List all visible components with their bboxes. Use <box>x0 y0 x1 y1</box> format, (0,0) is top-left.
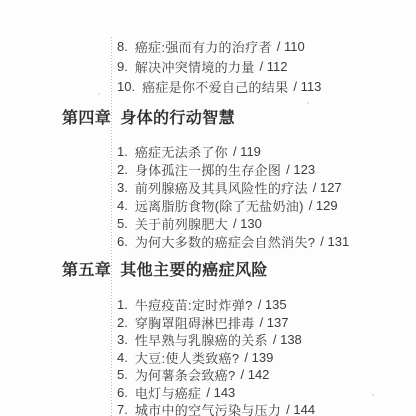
item-title: 为何薯条会致癌? <box>135 365 236 384</box>
toc-item: 7.城市中的空气污染与压力/ 144 <box>117 401 315 416</box>
item-number: 1. <box>117 297 128 312</box>
toc-item: 1.牛痘疫苗:定时炸弹?/ 135 <box>117 296 315 314</box>
item-number: 5. <box>117 216 128 231</box>
item-page: / 130 <box>233 216 262 231</box>
chapter-5-title: 其他主要的癌症风险 <box>120 262 268 279</box>
item-page: / 123 <box>286 162 315 177</box>
item-title: 为何大多数的癌症会自然消失? <box>135 232 315 251</box>
toc-item: 8.癌症:强而有力的治疗者/ 110 <box>117 36 321 56</box>
item-title: 牛痘疫苗:定时炸弹? <box>135 295 253 314</box>
chapter-4-item-list: 1.癌症无法杀了你/ 1192.身体孤注一掷的生存企图/ 1233.前列腺癌及其… <box>117 142 349 250</box>
item-page: / 131 <box>320 234 349 249</box>
item-number: 9. <box>117 59 128 74</box>
item-title: 大豆:使人类致癌? <box>135 348 240 367</box>
toc-item: 5.关于前列腺肥大/ 130 <box>117 214 349 232</box>
item-number: 3. <box>117 180 128 195</box>
toc-item: 4.远离脂肪食物(除了无盐奶油)/ 129 <box>117 196 349 214</box>
item-title: 电灯与癌症 <box>135 383 202 402</box>
chapter-4-heading: 第四章身体的行动智慧 <box>62 110 235 128</box>
chapter-5-item-list: 1.牛痘疫苗:定时炸弹?/ 1352.穿胸罩阻碍淋巴排毒/ 1373.性早熟与乳… <box>117 296 315 416</box>
toc-item: 10.癌症是你不爱自己的结果/ 113 <box>117 76 321 96</box>
item-title: 性早熟与乳腺癌的关系 <box>135 330 268 349</box>
scan-speck <box>307 102 309 104</box>
toc-item: 4.大豆:使人类致癌?/ 139 <box>117 349 315 367</box>
item-number: 2. <box>117 315 128 330</box>
item-page: / 129 <box>309 198 338 213</box>
item-number: 1. <box>117 144 128 159</box>
item-title: 关于前列腺肥大 <box>135 214 228 233</box>
item-page: / 119 <box>233 144 261 159</box>
item-number: 6. <box>117 234 128 249</box>
toc-item: 2.身体孤注一掷的生存企图/ 123 <box>117 160 349 178</box>
toc-item: 6.电灯与癌症/ 143 <box>117 384 315 402</box>
item-number: 3. <box>117 332 128 347</box>
item-page: / 112 <box>260 59 288 74</box>
toc-item: 3.性早熟与乳腺癌的关系/ 138 <box>117 331 315 349</box>
item-title: 癌症无法杀了你 <box>135 142 228 161</box>
item-number: 2. <box>117 162 128 177</box>
item-title: 穿胸罩阻碍淋巴排毒 <box>135 313 255 332</box>
item-page: / 135 <box>258 297 287 312</box>
item-number: 6. <box>117 385 128 400</box>
item-title: 癌症是你不爱自己的结果 <box>142 77 288 96</box>
item-page: / 142 <box>240 367 269 382</box>
toc-item: 1.癌症无法杀了你/ 119 <box>117 142 349 160</box>
item-title: 癌症:强而有力的治疗者 <box>135 37 272 56</box>
item-page: / 139 <box>244 350 273 365</box>
item-title: 身体孤注一掷的生存企图 <box>135 160 281 179</box>
item-title: 解决冲突情境的力量 <box>135 57 255 76</box>
item-page: / 113 <box>293 79 321 94</box>
toc-continued-list: 8.癌症:强而有力的治疗者/ 1109.解决冲突情境的力量/ 11210.癌症是… <box>117 36 321 96</box>
item-page: / 137 <box>260 315 289 330</box>
item-number: 4. <box>117 198 128 213</box>
item-number: 8. <box>117 39 128 54</box>
item-number: 10. <box>117 79 135 94</box>
item-page: / 110 <box>277 39 305 54</box>
item-title: 前列腺癌及其具风险性的疗法 <box>135 178 308 197</box>
dotted-divider-line <box>111 37 112 416</box>
scan-speck <box>98 93 100 95</box>
scan-speck <box>372 394 374 396</box>
chapter-4-label: 第四章 <box>62 110 111 127</box>
item-number: 7. <box>117 402 128 416</box>
item-title: 城市中的空气污染与压力 <box>135 400 281 416</box>
chapter-5-label: 第五章 <box>62 262 111 279</box>
item-page: / 144 <box>286 402 315 416</box>
item-number: 4. <box>117 350 128 365</box>
toc-item: 3.前列腺癌及其具风险性的疗法/ 127 <box>117 178 349 196</box>
chapter-4-title: 身体的行动智慧 <box>120 110 235 127</box>
item-title: 远离脂肪食物(除了无盐奶油) <box>135 196 304 215</box>
chapter-5-heading: 第五章其他主要的癌症风险 <box>62 262 268 280</box>
toc-item: 9.解决冲突情境的力量/ 112 <box>117 56 321 76</box>
item-page: / 127 <box>313 180 342 195</box>
toc-item: 6.为何大多数的癌症会自然消失?/ 131 <box>117 232 349 250</box>
item-page: / 138 <box>273 332 302 347</box>
toc-item: 5.为何薯条会致癌?/ 142 <box>117 366 315 384</box>
item-page: / 143 <box>206 385 235 400</box>
item-number: 5. <box>117 367 128 382</box>
toc-item: 2.穿胸罩阻碍淋巴排毒/ 137 <box>117 314 315 332</box>
